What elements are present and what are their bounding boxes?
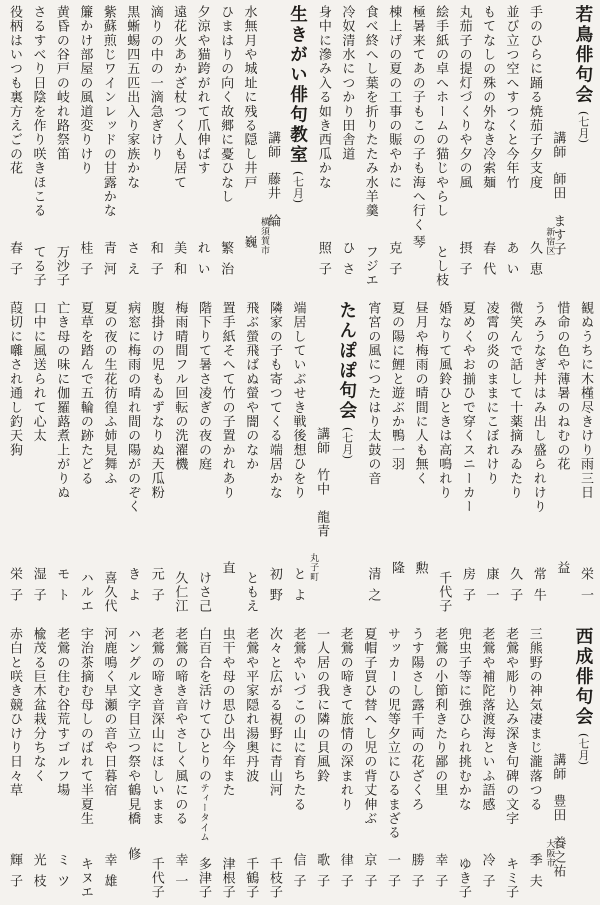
title-column: 若鳥俳句会(七月) <box>570 5 597 293</box>
haiku-author: 幸一 <box>168 853 191 895</box>
haiku-column: 婚なりて風鈴ひときは高鳴れり千代子 <box>432 301 455 619</box>
haiku-author: 季夫 <box>523 853 546 895</box>
haiku-author: 律子 <box>334 853 357 895</box>
haiku-column: 老鶯の住む谷荒すゴルフ場ミツ <box>50 627 73 905</box>
haiku-author: 常牛 <box>527 567 550 609</box>
haiku-author: 春子 <box>3 241 26 283</box>
haiku-column: 滴りの中の一滴急ぎけり和子 <box>144 5 167 293</box>
haiku-column: ひまはりの向く故郷に憂ひなし繁治 <box>214 5 237 293</box>
haiku-author: 房子 <box>456 567 479 609</box>
haiku-author: 久仁江 <box>168 571 191 613</box>
haiku-author: れい <box>191 241 214 283</box>
haiku-author: 巍 <box>238 235 261 249</box>
haiku-column: 階下りて暑さ凌ぎの夜の庭けさ己 <box>192 301 215 619</box>
haiku-column: もてなしの殊の外なき冷索麺春代 <box>476 5 499 293</box>
haiku-author: 多津子 <box>192 857 215 899</box>
haiku-column: 老鶯やいづこの山に育ちたる信子 <box>287 627 310 905</box>
lecturer-label: 講師 <box>314 427 329 455</box>
title-column: 西成俳句会(七月) <box>570 627 597 905</box>
haiku-column: 端居していぶせき戦後想ひをりとよ <box>287 301 310 619</box>
lecturer-column: 講師師田 ます子新宿区 <box>546 5 569 293</box>
haiku-band: 観ぬうちに木槿尽きけり雨三日栄一惜命の色や薄暑のねむの花益うみうなぎ丼はみ出し盛… <box>3 301 597 619</box>
haiku-author: 喜久代 <box>98 571 121 613</box>
haiku-column: 老鶯や補陀落渡海といふ語感冷子 <box>476 627 499 905</box>
haiku-text: ハングル文字目立つ祭や鶴見橋 <box>121 627 144 905</box>
haiku-author: 歌子 <box>310 853 333 895</box>
lecturer-column: 講師豊田 養之祐大阪市 <box>546 627 569 905</box>
haiku-column: 腹掛けの児もゐずなりぬ天瓜粉元子 <box>145 301 168 619</box>
haiku-author: 栄一 <box>574 567 597 609</box>
haiku-column: 宵宮の風につたはり太鼓の音清之 <box>361 301 384 619</box>
haiku-column: 役柄はいつも裏方えごの花春子 <box>3 5 26 293</box>
haiku-author: あい <box>500 241 523 283</box>
haiku-column: 夏帽子買ひ替へし児の背丈伸ぶ京子 <box>357 627 380 905</box>
title-column: たんぽぽ句会(七月) <box>334 301 361 619</box>
haiku-author: 万沙子 <box>50 245 73 287</box>
haiku-column: 絵手紙の卓へホームの猫じやらしとし枝 <box>429 5 452 293</box>
haiku-author: ハルエ <box>74 571 97 613</box>
haiku-column: 葭切に囃され通し釣天狗栄子 <box>3 301 26 619</box>
haiku-column: 老鶯の小節利きたり鄙の里幸子 <box>428 627 451 905</box>
haiku-column: 手のひらに踊る焼茄子夕支度久恵 <box>523 5 546 293</box>
haiku-column: 夏の陽に鯉と遊ぶか鴨一羽隆 <box>385 301 408 619</box>
section-title-month-note: (七月) <box>341 427 354 460</box>
section-title-month-note: (七月) <box>291 171 304 204</box>
haiku-author: 湿子 <box>27 567 50 609</box>
haiku-author: さえ <box>120 241 143 283</box>
haiku-author: キヌエ <box>74 857 97 899</box>
haiku-column: 微笑んで話して十薬摘みゐたり久子 <box>503 301 526 619</box>
haiku-column: 老鶯の啼き音深山にほしいまま千代子 <box>145 627 168 905</box>
section-title: 生きがい俳句教室 <box>287 5 307 165</box>
section-title-month-note: (七月) <box>577 111 590 144</box>
title-column: 生きがい俳句教室(七月) <box>284 5 311 293</box>
haiku-author: 和子 <box>144 241 167 283</box>
haiku-column: 冷奴清水につかり田舎道ひさ <box>335 5 358 293</box>
haiku-column: 梅雨晴間フル回転の洗濯機久仁江 <box>168 301 191 619</box>
haiku-author: 久恵 <box>523 241 546 283</box>
haiku-author: フジエ <box>359 245 382 287</box>
haiku-column: 遠花火あかざ杖つく人も居て美和 <box>167 5 190 293</box>
lecturer-column: 講師藤井 綸横須賀市 <box>261 5 284 293</box>
haiku-column: 夕涼や猫跨がれて爪伸ばすれい <box>191 5 214 293</box>
haiku-column: 三熊野の神気凄まじ瀧落つる季夫 <box>523 627 546 905</box>
haiku-author: 元子 <box>145 567 168 609</box>
haiku-author: 青河 <box>97 241 120 283</box>
haiku-column: 黄昏の谷戸の岐れ路祭笛万沙子 <box>50 5 73 293</box>
haiku-author: 康一 <box>480 567 503 609</box>
haiku-column: 紫蘇煎じワインレッドの甘露かな青河 <box>97 5 120 293</box>
haiku-author: 直 <box>216 561 239 575</box>
haiku-column: 隣家の子も寄つてくる端居かな初野 <box>263 301 286 619</box>
haiku-column: 昼月や梅雨の晴間に人も無く勲 <box>409 301 432 619</box>
haiku-column: 並び立つ空へすつくと今年竹あい <box>500 5 523 293</box>
haiku-column: サッカーの児等夕立にひるまざる一子 <box>381 627 404 905</box>
haiku-column: 白百合を活けてひとりのティータイム多津子 <box>192 627 215 905</box>
haiku-column: 老鶯の啼きて旅情の深まれり律子 <box>334 627 357 905</box>
haiku-column: 兜虫子等に強ひられ挑むかなゆき子 <box>452 627 475 905</box>
haiku-author: きよ <box>121 567 144 609</box>
haiku-author: 益 <box>550 561 573 575</box>
haiku-column: 置手紙そへて竹の子置かれあり直 <box>216 301 239 619</box>
haiku-column: 凌霄の炎のままにこぼれけり康一 <box>480 301 503 619</box>
haiku-column: 身中に滲み入る如き西瓜かな照子 <box>312 5 335 293</box>
haiku-text: 水無月や城址に残る隠し井戸 <box>238 5 261 293</box>
haiku-column: 棟上げの夏の工事の賑やかに克子 <box>382 5 405 293</box>
haiku-magazine-page: 若鳥俳句会(七月)講師師田 ます子新宿区手のひらに踊る焼茄子夕支度久恵並び立つ空… <box>0 0 600 905</box>
haiku-column: 夏めくやお揃ひで穿くスニーカー房子 <box>456 301 479 619</box>
haiku-column: 亡き母の味に伽羅蕗煮上がりぬモト <box>50 301 73 619</box>
section-title: たんぽぽ句会 <box>337 301 357 421</box>
city-label: 丸子町 <box>308 553 318 582</box>
haiku-text-small: ティータイム <box>198 783 209 842</box>
haiku-column: 飛ぶ螢飛ばぬ螢や闇のなかともえ <box>239 301 262 619</box>
haiku-author: 克子 <box>382 241 405 283</box>
haiku-band: 若鳥俳句会(七月)講師師田 ます子新宿区手のひらに踊る焼茄子夕支度久恵並び立つ空… <box>3 5 597 293</box>
haiku-column: 楡茂る巨木盆栽分ちなく光枝 <box>27 627 50 905</box>
haiku-column: 一人居の我に隣の貝風鈴歌子 <box>310 627 333 905</box>
haiku-author: 清之 <box>361 567 384 609</box>
section-title: 若鳥俳句会 <box>573 5 593 105</box>
haiku-author: 千代子 <box>432 571 455 613</box>
haiku-column: 簾かけ部屋の風道変りけり桂子 <box>73 5 96 293</box>
haiku-column: 病窓に梅雨の晴れ間の陽がのぞくきよ <box>121 301 144 619</box>
haiku-author: 千鶴子 <box>239 857 262 899</box>
lecturer-column: 講師竹中 龍青丸子町 <box>310 301 333 619</box>
haiku-author: 勝子 <box>405 853 428 895</box>
haiku-author: 一子 <box>381 853 404 895</box>
haiku-column: うす陽さし露千両の花ざくろ勝子 <box>405 627 428 905</box>
haiku-author: 久子 <box>503 567 526 609</box>
haiku-column: 口中に風送られて心太湿子 <box>27 301 50 619</box>
haiku-author: てる子 <box>26 245 49 287</box>
haiku-author: 京子 <box>357 853 380 895</box>
haiku-text: 極暑来てあの子もこの子も海へ行く <box>406 5 429 293</box>
section-title: 西成俳句会 <box>573 627 593 727</box>
haiku-author: ゆき子 <box>452 857 475 899</box>
haiku-author: 輝子 <box>3 853 26 895</box>
haiku-column: 宇治茶摘む母しのばれて半夏生キヌエ <box>74 627 97 905</box>
haiku-column: 次々と広がる視野に青山河千枝子 <box>263 627 286 905</box>
haiku-column: 極暑来てあの子もこの子も海へ行く琴 <box>406 5 429 293</box>
haiku-column: 河鹿鳴く早瀬の音や日暮宿幸雄 <box>98 627 121 905</box>
haiku-author: 栄子 <box>3 567 26 609</box>
haiku-author: 千代子 <box>145 857 168 899</box>
haiku-author: 照子 <box>312 241 335 283</box>
haiku-author: けさ己 <box>192 571 215 613</box>
haiku-column: 老鶯や彫り込み深き句碑の文字キミ子 <box>499 627 522 905</box>
haiku-column: 老鶯の啼き音やさしく風にのる幸一 <box>168 627 191 905</box>
haiku-author: キミ子 <box>499 857 522 899</box>
section-title-month-note: (七月) <box>577 733 590 766</box>
haiku-author: モト <box>50 567 73 609</box>
lecturer-name: 竹中 龍青 <box>314 468 329 538</box>
haiku-band: 西成俳句会(七月)講師豊田 養之祐大阪市三熊野の神気凄まじ瀧落つる季夫老鶯や彫り… <box>3 627 597 905</box>
haiku-author: 光枝 <box>27 853 50 895</box>
lecturer-label: 講師 <box>550 131 565 159</box>
haiku-author: 春代 <box>476 241 499 283</box>
haiku-column: 観ぬうちに木槿尽きけり雨三日栄一 <box>574 301 597 619</box>
haiku-column: 丸茄子の提灯づくりや夕の風摂子 <box>453 5 476 293</box>
lecturer-label: 講師 <box>265 131 280 159</box>
haiku-author: 隆 <box>385 561 408 575</box>
haiku-author: 摂子 <box>453 241 476 283</box>
haiku-author: 琴 <box>406 235 429 249</box>
haiku-author: 津根子 <box>216 857 239 899</box>
haiku-author: 信子 <box>287 853 310 895</box>
haiku-author: 冷子 <box>476 853 499 895</box>
haiku-column: 水無月や城址に残る隠し井戸巍 <box>238 5 261 293</box>
haiku-author: 幸雄 <box>98 853 121 895</box>
haiku-column: 赤白と咲き競ひけり日々草輝子 <box>3 627 26 905</box>
haiku-author: 勲 <box>409 561 432 575</box>
haiku-author: 美和 <box>167 241 190 283</box>
haiku-column: 虫干や母の思ひ出今年また津根子 <box>216 627 239 905</box>
haiku-author: とし枝 <box>429 245 452 287</box>
haiku-author: 繁治 <box>214 241 237 283</box>
lecturer-label: 講師 <box>550 753 565 781</box>
haiku-author: 千枝子 <box>263 857 286 899</box>
haiku-column: うみうなぎ丼はみ出し盛られけり常牛 <box>527 301 550 619</box>
haiku-column: 黒蜥蜴四五匹出入り家族かなさえ <box>120 5 143 293</box>
haiku-column: さるすべり日陰を作り咲きほこるてる子 <box>26 5 49 293</box>
haiku-author: 初野 <box>263 567 286 609</box>
city-label: 大阪市 <box>544 839 554 868</box>
haiku-author: 幸子 <box>428 853 451 895</box>
haiku-column: 食べ終へし葉を折りたたみ水羊羹フジエ <box>359 5 382 293</box>
haiku-author: とよ <box>287 567 310 609</box>
haiku-author: ミツ <box>50 853 73 895</box>
haiku-author: 修 <box>121 847 144 861</box>
haiku-column: 老鶯や平家隠れ湯奥丹波千鶴子 <box>239 627 262 905</box>
haiku-column: 夏草を踏んで五輪の跡たどるハルエ <box>74 301 97 619</box>
haiku-column: 惜命の色や薄暑のねむの花益 <box>550 301 573 619</box>
haiku-column: 夏の夜の生花彷徨ふ姉見舞ふ喜久代 <box>98 301 121 619</box>
haiku-author: 桂子 <box>73 241 96 283</box>
haiku-column: ハングル文字目立つ祭や鶴見橋修 <box>121 627 144 905</box>
haiku-author: ともえ <box>239 571 262 613</box>
haiku-author: ひさ <box>335 241 358 283</box>
